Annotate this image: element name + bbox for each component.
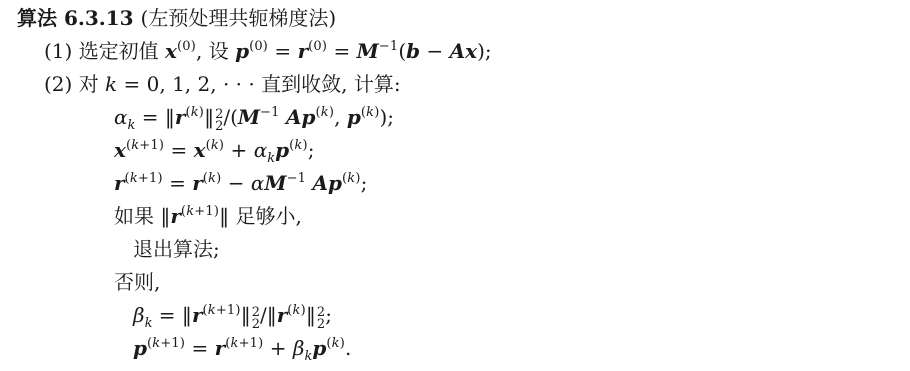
math-token-sub: k xyxy=(267,151,275,166)
math-token-bi: r xyxy=(215,336,226,360)
math-token-rm: = ‖ xyxy=(152,303,191,327)
math-token-cnb: 算法 6.3.13 xyxy=(17,6,141,30)
math-token-rm: = xyxy=(164,138,193,162)
norm-supsub: 22 xyxy=(252,307,260,331)
math-token-cn: 对 xyxy=(79,72,105,96)
math-token-bi: p xyxy=(312,336,326,360)
math-token-bi: p xyxy=(235,39,249,63)
math-token-rm: ; xyxy=(361,171,368,195)
math-token-sup: (k+1) xyxy=(125,171,163,186)
math-token-bi: M xyxy=(264,171,286,195)
math-token-sup: (k+1) xyxy=(126,138,164,153)
math-token-cn: 如果 xyxy=(114,204,160,228)
formula-x-update: x(k+1) = x(k) + αkp(k); xyxy=(114,134,314,167)
step-2-loop: (2) 对 k = 0, 1, 2, · · · 直到收敛, 计算: xyxy=(44,68,401,101)
math-token-it: α xyxy=(254,138,268,162)
math-token-rm: ‖ xyxy=(204,105,214,129)
math-token-bi: r xyxy=(277,303,288,327)
math-token-bi: x xyxy=(194,138,206,162)
math-token-bi: r xyxy=(114,171,125,195)
math-token-sub: k xyxy=(128,118,136,133)
math-token-sup: (k+1) xyxy=(225,336,263,351)
math-token-rm: = xyxy=(185,336,214,360)
step-1-init: (1) 选定初值 x(0), 设 p(0) = r(0) = M−1(b − A… xyxy=(44,35,492,68)
math-token-bi: Ap xyxy=(286,105,316,129)
document-page: 算法 6.3.13 (左预处理共轭梯度法)(1) 选定初值 x(0), 设 p(… xyxy=(0,0,910,371)
formula-p-update: p(k+1) = r(k+1) + βkp(k). xyxy=(133,332,351,365)
math-token-rm: . xyxy=(345,336,351,360)
math-token-cn: 足够小, xyxy=(229,204,302,228)
math-token-sup: (k) xyxy=(342,171,361,186)
math-token-it: α xyxy=(114,105,128,129)
math-token-cn: 直到收敛, 计算: xyxy=(261,72,400,96)
math-token-rm: ; xyxy=(325,303,332,327)
math-token-rm: /‖ xyxy=(260,303,277,327)
math-token-sup: (k+1) xyxy=(202,303,240,318)
math-token-rm: , xyxy=(196,39,209,63)
math-token-sup: (k+1) xyxy=(147,336,185,351)
math-token-rm: = xyxy=(268,39,297,63)
math-token-rm: , xyxy=(334,105,347,129)
math-token-rm: ‖ xyxy=(306,303,316,327)
formula-beta: βk = ‖r(k+1)‖22/‖r(k)‖22; xyxy=(133,299,332,332)
math-token-rm: = ‖ xyxy=(135,105,174,129)
math-token-it: k xyxy=(105,72,117,96)
math-token-bi: p xyxy=(275,138,289,162)
math-token-sup: (k) xyxy=(326,336,345,351)
math-token-bi: r xyxy=(170,204,181,228)
math-token-sub: k xyxy=(145,316,153,331)
action-exit: 退出算法; xyxy=(133,233,220,266)
math-token-cn: 否则, xyxy=(114,270,160,294)
math-token-rm: ‖ xyxy=(160,204,170,228)
math-token-rm: − xyxy=(420,39,449,63)
math-token-bi: Ap xyxy=(313,171,343,195)
math-token-bi: x xyxy=(165,39,177,63)
math-token-rm: ); xyxy=(477,39,492,63)
math-token-it: α xyxy=(251,171,265,195)
math-token-sup: (k) xyxy=(206,138,225,153)
math-token-bi: Ax xyxy=(450,39,477,63)
math-token-sup: (0) xyxy=(308,39,327,54)
math-token-rm: = 0, 1, 2, · · · xyxy=(117,72,261,96)
math-token-sup: (k) xyxy=(203,171,222,186)
math-token-sup: (0) xyxy=(249,39,268,54)
math-token-rm: (2) xyxy=(44,72,79,96)
math-token-bi: M xyxy=(238,105,260,129)
math-token-bi: r xyxy=(298,39,309,63)
math-token-bi: b xyxy=(406,39,420,63)
math-token-rm: + xyxy=(224,138,253,162)
math-token-cn: 退出算法; xyxy=(133,237,220,261)
math-token-sub: k xyxy=(304,349,312,364)
math-token-bi: p xyxy=(133,336,147,360)
math-token-bi: r xyxy=(192,303,203,327)
formula-alpha: αk = ‖r(k)‖22/(M−1 Ap(k), p(k)); xyxy=(114,101,394,134)
math-token-rm: = xyxy=(163,171,192,195)
math-token-sup: (k) xyxy=(185,105,204,120)
math-token-rm: /( xyxy=(223,105,238,129)
math-token-rm: − xyxy=(221,171,250,195)
formula-r-update: r(k+1) = r(k) − αM−1 Ap(k); xyxy=(114,167,367,200)
condition-else: 否则, xyxy=(114,266,160,299)
math-token-rm: + xyxy=(263,336,292,360)
math-token-sup: −1 xyxy=(379,39,399,54)
math-token-rm: ); xyxy=(379,105,394,129)
math-token-sup: (k) xyxy=(361,105,380,120)
math-token-sup: −1 xyxy=(287,171,307,186)
math-token-rm: ‖ xyxy=(219,204,229,228)
math-token-bi: x xyxy=(114,138,126,162)
math-token-sup: (k) xyxy=(289,138,308,153)
math-token-rm: (1) xyxy=(44,39,79,63)
math-token-cn: 选定初值 xyxy=(79,39,165,63)
norm-supsub: 22 xyxy=(317,307,325,331)
math-token-sup: −1 xyxy=(260,105,280,120)
math-token-it: β xyxy=(293,336,305,360)
math-token-sup: (k) xyxy=(287,303,306,318)
math-token-cn: (左预处理共轭梯度法) xyxy=(141,6,337,30)
math-token-rm: = xyxy=(327,39,356,63)
math-token-sup: (k) xyxy=(316,105,335,120)
math-token-rm: ; xyxy=(308,138,315,162)
math-token-bi: r xyxy=(175,105,186,129)
algorithm-heading: 算法 6.3.13 (左预处理共轭梯度法) xyxy=(17,2,336,35)
math-token-cn: 设 xyxy=(209,39,235,63)
math-token-sup: (0) xyxy=(177,39,196,54)
math-token-bi: r xyxy=(192,171,203,195)
math-token-rm: ( xyxy=(398,39,406,63)
math-token-sup: (k+1) xyxy=(181,204,219,219)
condition-if-small: 如果 ‖r(k+1)‖ 足够小, xyxy=(114,200,302,233)
math-token-rm: ‖ xyxy=(241,303,251,327)
math-token-bi: p xyxy=(347,105,361,129)
math-token-it: β xyxy=(133,303,145,327)
math-token-bi: M xyxy=(357,39,379,63)
